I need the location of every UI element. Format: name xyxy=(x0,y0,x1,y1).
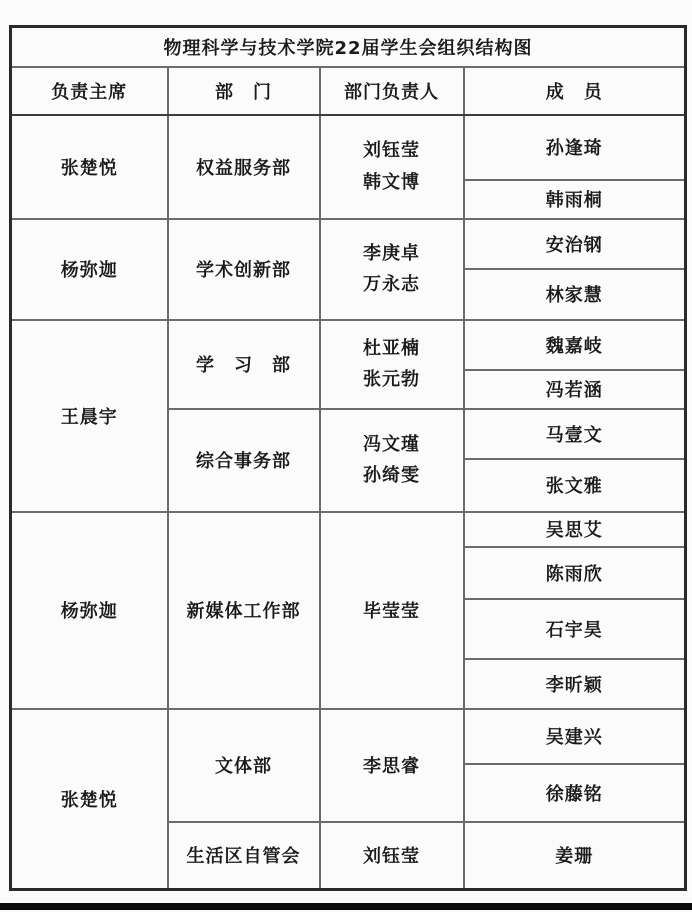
department-cell: 学 习 部 xyxy=(168,320,320,409)
document-page: 物理科学与技术学院22届学生会组织结构图 负责主席 部 门 部门负责人 成 员 … xyxy=(0,0,692,912)
department-cell: 文体部 xyxy=(168,709,320,822)
chairman-cell: 张楚悦 xyxy=(11,115,168,219)
department-cell: 新媒体工作部 xyxy=(168,512,320,709)
department-cell: 学术创新部 xyxy=(168,219,320,320)
member-cell: 冯若涵 xyxy=(464,370,686,409)
member-cell: 马壹文 xyxy=(464,409,686,459)
member-cell: 吴建兴 xyxy=(464,709,686,764)
member-cell: 孙逢琦 xyxy=(464,115,686,180)
header-members: 成 员 xyxy=(464,67,686,115)
header-department: 部 门 xyxy=(168,67,320,115)
department-cell: 综合事务部 xyxy=(168,409,320,512)
leader-cell: 刘钰莹 韩文博 xyxy=(320,115,464,219)
department-cell: 生活区自管会 xyxy=(168,822,320,890)
leader-cell: 冯文瑾 孙绮雯 xyxy=(320,409,464,512)
table-title: 物理科学与技术学院22届学生会组织结构图 xyxy=(11,27,686,67)
org-structure-table: 物理科学与技术学院22届学生会组织结构图 负责主席 部 门 部门负责人 成 员 … xyxy=(9,25,687,891)
leader-cell: 杜亚楠 张元勃 xyxy=(320,320,464,409)
member-cell: 魏嘉岐 xyxy=(464,320,686,370)
bottom-black-bar xyxy=(0,903,692,910)
leader-cell: 李思睿 xyxy=(320,709,464,822)
member-cell: 石宇昊 xyxy=(464,599,686,659)
leader-cell: 毕莹莹 xyxy=(320,512,464,709)
chairman-cell: 杨弥迦 xyxy=(11,219,168,320)
chairman-cell: 王晨宇 xyxy=(11,320,168,512)
header-leader: 部门负责人 xyxy=(320,67,464,115)
member-cell: 李昕颖 xyxy=(464,659,686,709)
member-cell: 韩雨桐 xyxy=(464,180,686,219)
chairman-cell: 张楚悦 xyxy=(11,709,168,890)
chairman-cell: 杨弥迦 xyxy=(11,512,168,709)
member-cell: 徐藤铭 xyxy=(464,764,686,822)
leader-cell: 李庚卓 万永志 xyxy=(320,219,464,320)
member-cell: 林家慧 xyxy=(464,269,686,320)
header-chairman: 负责主席 xyxy=(11,67,168,115)
leader-cell: 刘钰莹 xyxy=(320,822,464,890)
member-cell: 张文雅 xyxy=(464,459,686,512)
member-cell: 安治钢 xyxy=(464,219,686,269)
member-cell: 吴思艾 xyxy=(464,512,686,547)
member-cell: 陈雨欣 xyxy=(464,547,686,599)
member-cell: 姜珊 xyxy=(464,822,686,890)
department-cell: 权益服务部 xyxy=(168,115,320,219)
